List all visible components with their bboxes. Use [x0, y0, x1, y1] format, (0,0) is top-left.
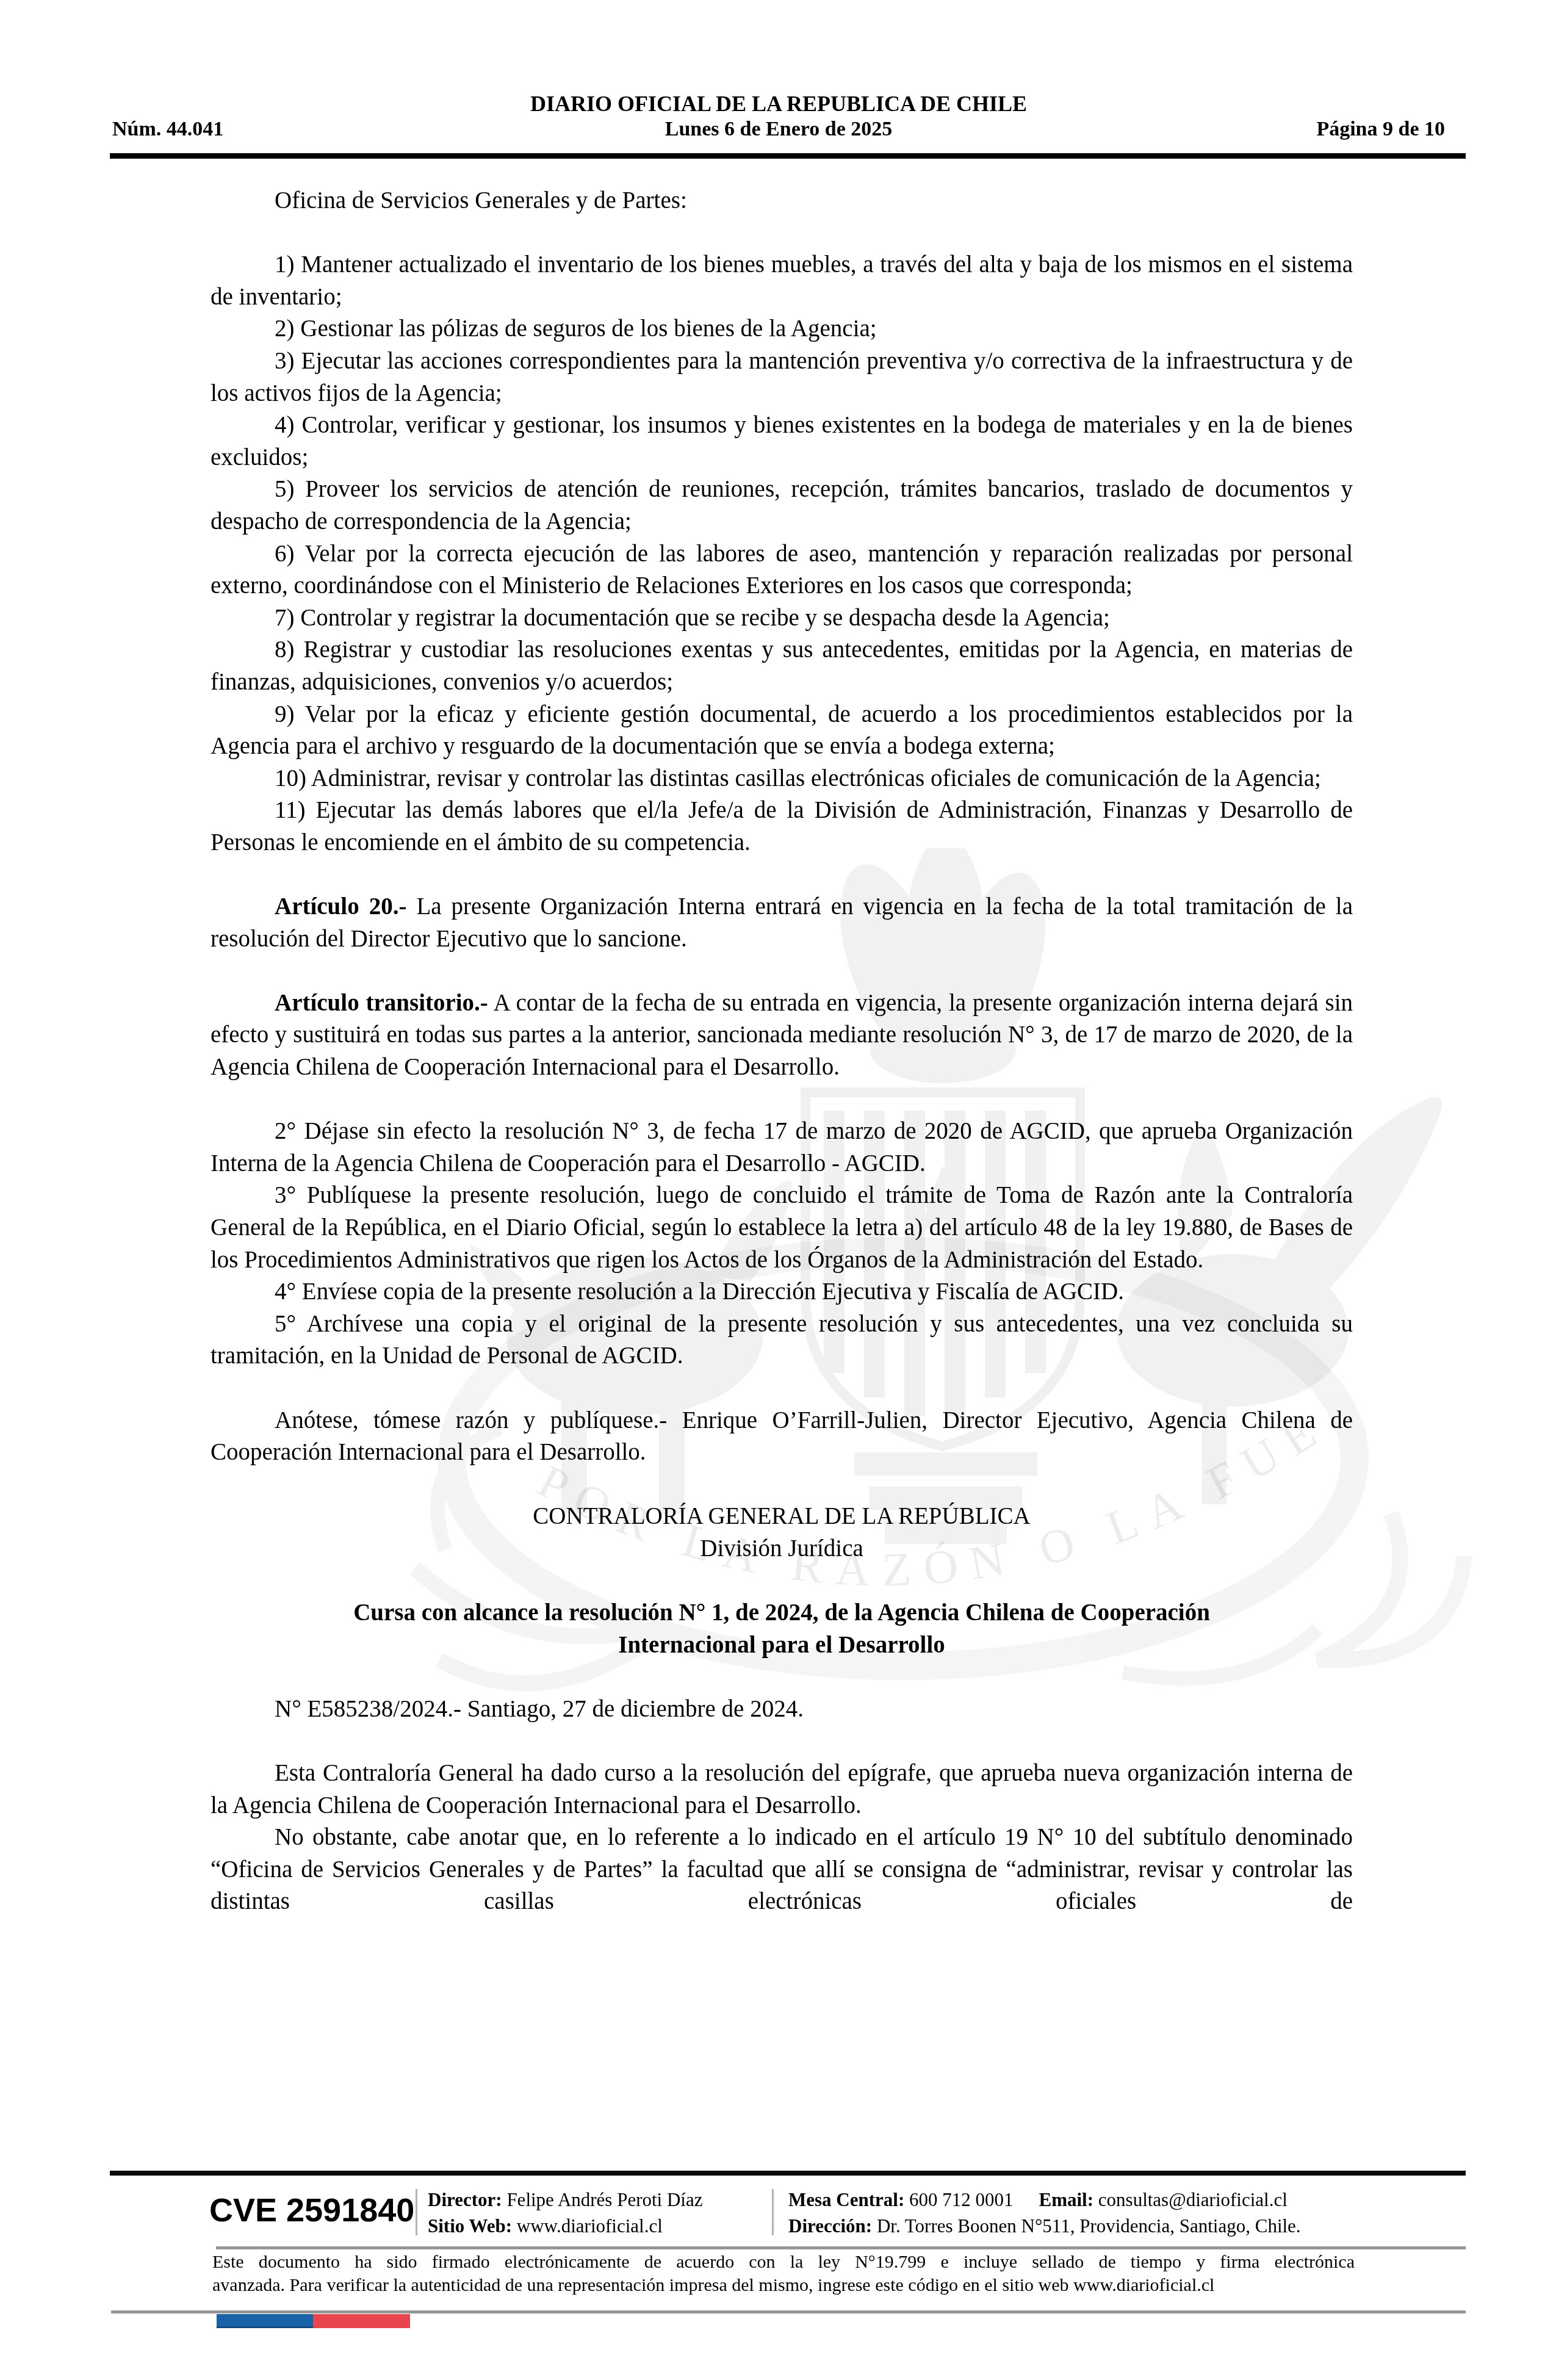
- paragraph: 5° Archívese una copia y el original de …: [211, 1308, 1353, 1372]
- paragraph: Cursa con alcance la resolución N° 1, de…: [211, 1597, 1353, 1629]
- paragraph: Anótese, tómese razón y publíquese.- Enr…: [211, 1405, 1353, 1469]
- legal-line: avanzada. Para verificar la autenticidad…: [212, 2274, 1355, 2297]
- email-value: consultas@diarioficial.cl: [1093, 2189, 1288, 2210]
- director-info: Director: Felipe Andrés Peroti Díaz Siti…: [428, 2187, 703, 2239]
- direccion-value: Dr. Torres Boonen N°511, Providencia, Sa…: [872, 2215, 1300, 2237]
- flag-blue-block: [217, 2314, 313, 2328]
- paragraph: 5) Proveer los servicios de atención de …: [211, 474, 1353, 538]
- mesa-label: Mesa Central:: [788, 2189, 904, 2210]
- paragraph: 4° Envíese copia de la presente resoluci…: [211, 1276, 1353, 1308]
- paragraph: No obstante, cabe anotar que, en lo refe…: [211, 1822, 1353, 1918]
- director-value: Felipe Andrés Peroti Díaz: [502, 2189, 703, 2210]
- paragraph: 3° Publíquese la presente resolución, lu…: [211, 1180, 1353, 1276]
- paragraph: Artículo transitorio.- A contar de la fe…: [211, 987, 1353, 1084]
- flag-red-block: [313, 2314, 410, 2328]
- paragraph: Artículo 20.- La presente Organización I…: [211, 891, 1353, 955]
- director-line: Director: Felipe Andrés Peroti Díaz: [428, 2187, 703, 2213]
- sitio-value: www.diarioficial.cl: [512, 2215, 663, 2237]
- paragraph: 4) Controlar, verificar y gestionar, los…: [211, 409, 1353, 474]
- paragraph: 11) Ejecutar las demás labores que el/la…: [211, 795, 1353, 859]
- paragraph: 10) Administrar, revisar y controlar las…: [211, 763, 1353, 795]
- document-body: Oficina de Servicios Generales y de Part…: [211, 185, 1353, 1918]
- paragraph: CONTRALORÍA GENERAL DE LA REPÚBLICA: [211, 1501, 1353, 1533]
- email-label: Email:: [1039, 2189, 1094, 2210]
- paragraph: Oficina de Servicios Generales y de Part…: [211, 185, 1353, 217]
- header-meta-row: Núm. 44.041 Lunes 6 de Enero de 2025 Pág…: [112, 117, 1445, 142]
- paragraph: 1) Mantener actualizado el inventario de…: [211, 249, 1353, 313]
- footer-top-rule: [110, 2171, 1466, 2176]
- paragraph: 6) Velar por la correcta ejecución de la…: [211, 538, 1353, 602]
- paragraph: Esta Contraloría General ha dado curso a…: [211, 1758, 1353, 1822]
- gazette-page: POR LA RAZÓN O LA FUERZA DIARIO OFICIAL …: [0, 0, 1556, 2380]
- page-footer: CVE 2591840 Director: Felipe Andrés Pero…: [110, 2171, 1466, 2380]
- header-rule: [110, 153, 1466, 159]
- paragraph: Internacional para el Desarrollo: [211, 1629, 1353, 1662]
- direccion-label: Dirección:: [788, 2215, 872, 2237]
- sitio-label: Sitio Web:: [428, 2215, 512, 2237]
- paragraph: 8) Registrar y custodiar las resolucione…: [211, 634, 1353, 698]
- footer-bottom-rule: [111, 2310, 1466, 2313]
- issue-date: Lunes 6 de Enero de 2025: [665, 118, 892, 140]
- publication-title: DIARIO OFICIAL DE LA REPUBLICA DE CHILE: [112, 92, 1445, 116]
- paragraph: 9) Velar por la eficaz y eficiente gesti…: [211, 699, 1353, 763]
- paragraph: 2) Gestionar las pólizas de seguros de l…: [211, 313, 1353, 345]
- footer-divider: [416, 2189, 417, 2235]
- direccion-line: Dirección: Dr. Torres Boonen N°511, Prov…: [788, 2213, 1301, 2239]
- footer-gray-rule: [216, 2246, 1466, 2249]
- issue-number: Núm. 44.041: [112, 117, 223, 142]
- sitio-line: Sitio Web: www.diarioficial.cl: [428, 2213, 703, 2239]
- page-number: Página 9 de 10: [1316, 117, 1445, 142]
- mesa-value: 600 712 0001: [904, 2189, 1013, 2210]
- paragraph: 3) Ejecutar las acciones correspondiente…: [211, 345, 1353, 409]
- paragraph: División Jurídica: [211, 1533, 1353, 1565]
- mesa-email-line: Mesa Central: 600 712 0001Email: consult…: [788, 2187, 1301, 2213]
- paragraph: N° E585238/2024.- Santiago, 27 de diciem…: [211, 1693, 1353, 1726]
- contact-info: Mesa Central: 600 712 0001Email: consult…: [788, 2187, 1301, 2239]
- footer-divider: [772, 2189, 774, 2235]
- legal-line: Este documento ha sido firmado electróni…: [212, 2251, 1355, 2274]
- gobierno-de-chile-flag-mark: [217, 2314, 410, 2328]
- paragraph: 7) Controlar y registrar la documentació…: [211, 602, 1353, 635]
- cve-code: CVE 2591840: [209, 2193, 414, 2228]
- legal-text: Este documento ha sido firmado electróni…: [212, 2251, 1355, 2296]
- director-label: Director:: [428, 2189, 502, 2210]
- page-header: DIARIO OFICIAL DE LA REPUBLICA DE CHILE …: [112, 92, 1445, 142]
- paragraph: 2° Déjase sin efecto la resolución N° 3,…: [211, 1116, 1353, 1180]
